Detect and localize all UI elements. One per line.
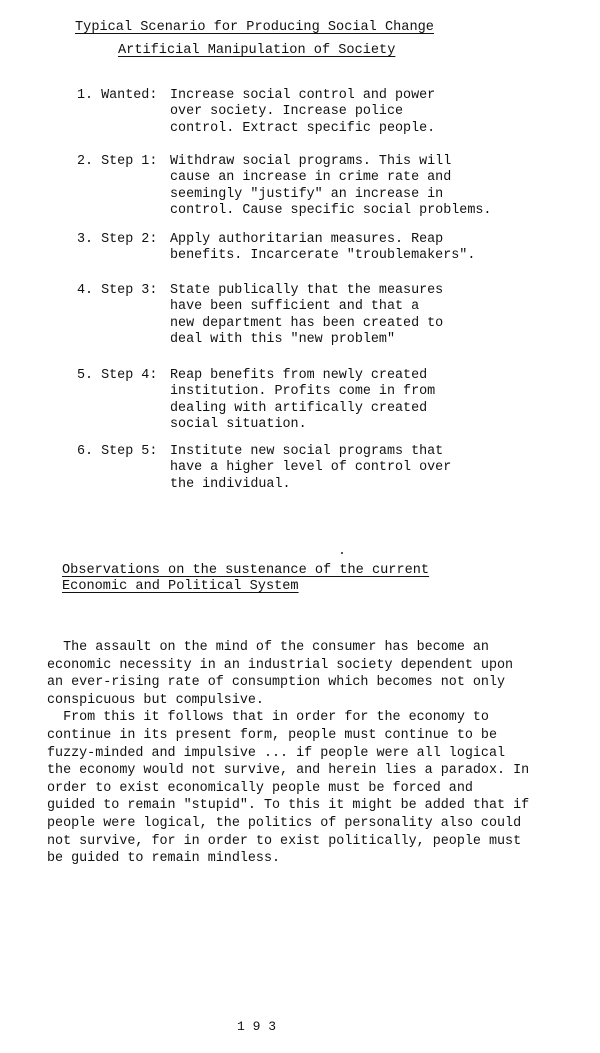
step-text-line: cause an increase in crime rate and [170,170,491,186]
step-text-line: State publically that the measures [170,283,443,299]
step-text-line: Institute new social programs that [170,444,451,460]
body-text-line: From this it follows that in order for t… [47,709,529,727]
step-text: Withdraw social programs. This willcause… [170,154,491,220]
body-paragraphs: The assault on the mind of the consumer … [47,639,529,868]
section-heading-line-2: Economic and Political System [62,579,299,594]
step-label: 2. Step 1: [77,154,157,169]
step-text-line: deal with this "new problem" [170,332,443,348]
body-text-line: be guided to remain mindless. [47,850,529,868]
body-text-line: The assault on the mind of the consumer … [47,639,529,657]
step-text-line: Apply authoritarian measures. Reap [170,232,475,248]
step-text: Apply authoritarian measures. Reapbenefi… [170,232,475,265]
body-text-line: the economy would not survive, and herei… [47,762,529,780]
step-text-line: Withdraw social programs. This will [170,154,491,170]
body-text-line: conspicuous but compulsive. [47,692,529,710]
step-text-line: control. Cause specific social problems. [170,203,491,219]
step-label: 6. Step 5: [77,444,157,459]
step-text-line: social situation. [170,417,435,433]
body-text-line: economic necessity in an industrial soci… [47,657,529,675]
heading-line-1: Typical Scenario for Producing Social Ch… [75,20,434,35]
step-text-line: have been sufficient and that a [170,299,443,315]
body-text-line: not survive, for in order to exist polit… [47,833,529,851]
step-text-line: seemingly "justify" an increase in [170,187,491,203]
step-text-line: new department has been created to [170,316,443,332]
speck-mark [341,552,343,554]
body-text-line: fuzzy-minded and impulsive ... if people… [47,745,529,763]
body-text-line: people were logical, the politics of per… [47,815,529,833]
step-text: Increase social control and powerover so… [170,88,435,137]
step-text-line: control. Extract specific people. [170,121,435,137]
step-label: 4. Step 3: [77,283,157,298]
step-text-line: Increase social control and power [170,88,435,104]
step-text-line: over society. Increase police [170,104,435,120]
step-text: State publically that the measureshave b… [170,283,443,349]
step-text-line: Reap benefits from newly created [170,368,435,384]
heading-line-2: Artificial Manipulation of Society [118,43,395,58]
section-heading-line-1: Observations on the sustenance of the cu… [62,563,429,578]
step-text-line: institution. Profits come in from [170,384,435,400]
body-text-line: continue in its present form, people mus… [47,727,529,745]
step-text: Institute new social programs thathave a… [170,444,451,493]
step-text-line: the individual. [170,477,451,493]
body-text-line: an ever-rising rate of consumption which… [47,674,529,692]
step-text-line: dealing with artifically created [170,401,435,417]
page-number: 1 9 3 [237,1019,276,1034]
body-text-line: guided to remain "stupid". To this it mi… [47,797,529,815]
step-text-line: have a higher level of control over [170,460,451,476]
step-label: 1. Wanted: [77,88,157,103]
body-text-line: order to exist economically people must … [47,780,529,798]
step-text: Reap benefits from newly createdinstitut… [170,368,435,434]
step-text-line: benefits. Incarcerate "troublemakers". [170,248,475,264]
step-label: 5. Step 4: [77,368,157,383]
step-label: 3. Step 2: [77,232,157,247]
